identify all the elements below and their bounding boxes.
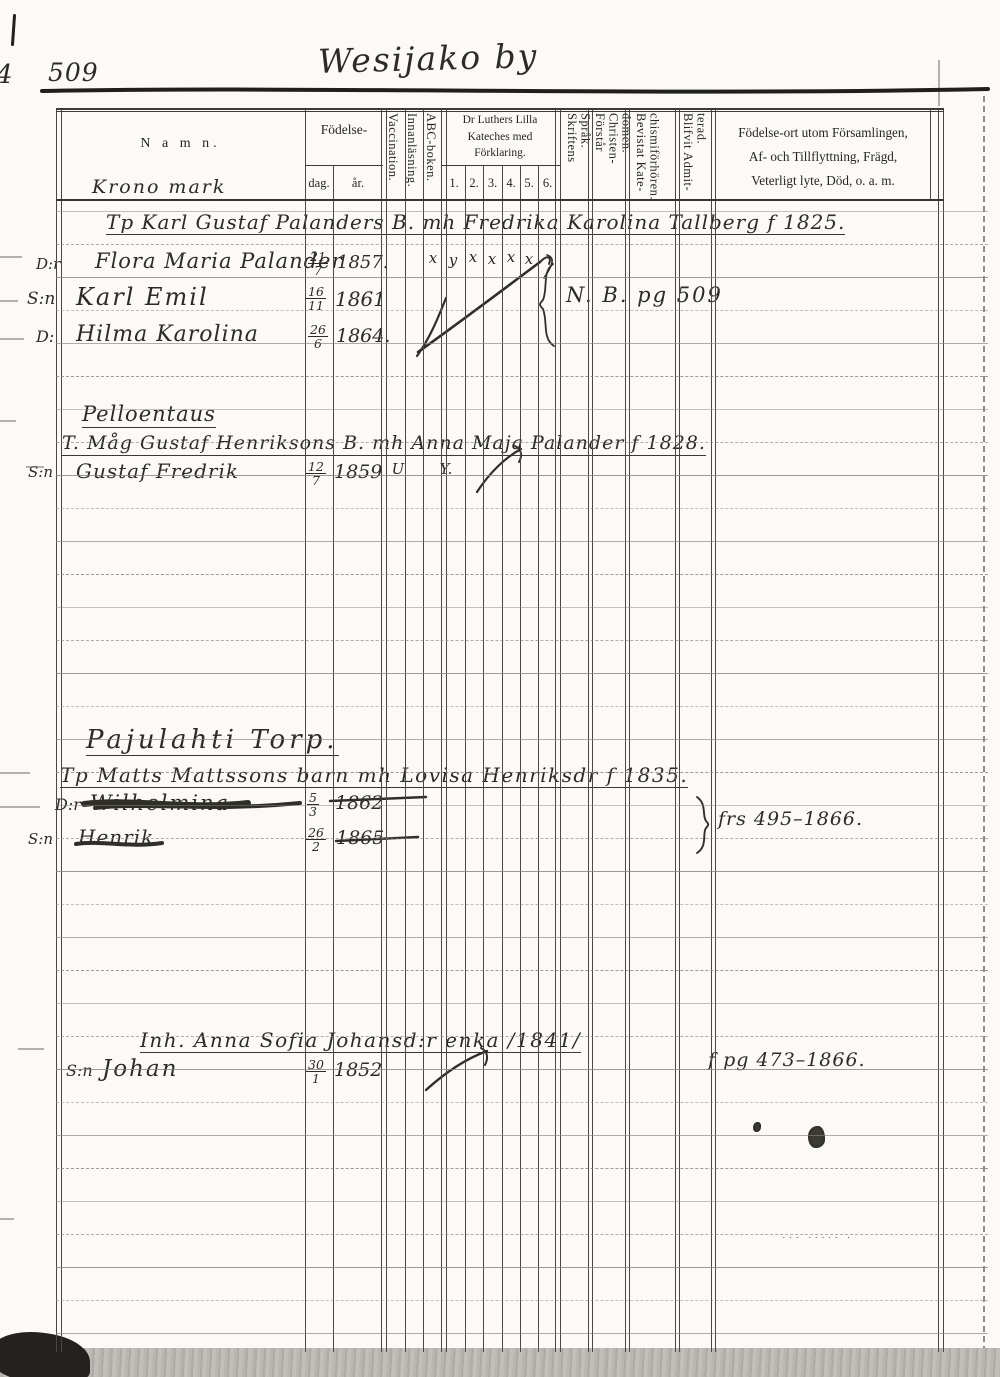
grid-line: [56, 1135, 988, 1136]
grid-line: [711, 108, 712, 1352]
kateches-line1: Dr Luthers Lilla: [443, 112, 557, 129]
col-header-vaccination: Vaccination.: [386, 113, 405, 199]
grid-line: [625, 108, 626, 1352]
page-edge-line: [983, 96, 985, 1352]
edge-mark: [0, 772, 30, 774]
grid-line: [56, 475, 988, 476]
bevistat-line1: Bevistat Kate-: [634, 113, 647, 199]
scanned-parish-register-page: 4 509 Wesijako by N a m n. Krono mark Fö…: [0, 0, 1000, 1377]
kateches-col-5: 5.: [520, 176, 538, 191]
grid-line: [56, 871, 988, 872]
col-header-abc-boken: ABC-boken.: [424, 113, 442, 199]
grid-line: [56, 739, 988, 740]
grid-line: [405, 108, 406, 1352]
page-number: 509: [48, 60, 99, 85]
grid-line: [930, 108, 931, 200]
exam-mark: x: [484, 252, 500, 267]
karl-check-main: [418, 262, 540, 352]
edge-mark: [18, 1048, 44, 1050]
margin-corner-mark: 4: [0, 62, 13, 88]
margin-note-nb: N. B. pg 509: [566, 285, 723, 306]
birth-year: 1861: [335, 289, 386, 309]
edge-mark: [0, 300, 18, 302]
grid-line: [56, 376, 988, 377]
kateches-line2: Kateches med: [443, 129, 557, 146]
grid-line: [56, 673, 988, 674]
grid-line: [938, 108, 939, 1352]
kateches-col-4: 4.: [502, 176, 520, 191]
grid-line: [56, 970, 988, 971]
exam-mark: x: [521, 252, 537, 267]
edge-mark: [0, 1218, 14, 1220]
grid-line: [555, 108, 556, 1352]
remarks-line2: Af- och Tillflyttning, Frägd,: [716, 145, 930, 169]
grid-line: [56, 838, 988, 839]
grid-line: [56, 508, 988, 509]
birth-year: 1852: [334, 1061, 382, 1080]
grid-line: [56, 277, 988, 278]
kateches-line3: Förklaring.: [443, 145, 557, 162]
entry-name-struck: Henrik.: [78, 827, 162, 847]
edge-mark: [0, 256, 22, 258]
col-header-dag: dag.: [305, 176, 333, 191]
ink-stroke-artifact: [11, 14, 16, 46]
col-header-ar: år.: [333, 176, 383, 191]
margin-note-frs: frs 495–1866.: [718, 810, 863, 829]
grid-line: [56, 640, 988, 641]
birth-year-struck: 1862: [335, 794, 383, 813]
grid-line: [56, 1003, 988, 1004]
birth-date: 1611: [306, 285, 326, 312]
birth-date: 217: [308, 250, 328, 277]
grid-line: [56, 108, 57, 1352]
grid-line: [441, 108, 442, 1352]
grid-line: [56, 343, 988, 344]
exam-mark: x: [465, 250, 481, 265]
grid-line: [943, 108, 944, 1352]
edge-mark: [0, 338, 24, 340]
bevistat-line2: chismiförhören.: [647, 113, 660, 199]
grid-line: [305, 165, 383, 166]
exam-mark: y: [445, 253, 461, 268]
ink-blob: [808, 1126, 825, 1148]
grid-line: [56, 1168, 988, 1169]
grid-line: [56, 805, 988, 806]
grid-line: [56, 111, 944, 112]
col-header-blifvit-admitterad: Blifvit Admit- terad.: [681, 113, 711, 199]
grid-line: [56, 244, 988, 245]
grid-line: [423, 108, 424, 1352]
family-header-line: Inh. Anna Sofia Johansd:r enka /1841/: [140, 1030, 581, 1053]
grid-line: [592, 108, 593, 1352]
exam-mark: x: [503, 250, 519, 265]
forstar-line1: Förstår Christen-: [593, 113, 619, 199]
entry-name: Karl Emil: [76, 285, 209, 309]
grid-line: [56, 1201, 988, 1202]
col-header-remarks: Födelse-ort utom Församlingen, Af- och T…: [716, 121, 930, 192]
kateches-col-3: 3.: [483, 176, 502, 191]
birth-date: 266: [308, 323, 328, 350]
grid-line: [56, 1234, 988, 1235]
grid-line: [305, 108, 306, 1352]
grid-line: [588, 108, 589, 1352]
section-heading: Pelloentaus: [82, 404, 216, 428]
grid-line: [56, 409, 988, 410]
entry-name: Gustaf Fredrik: [76, 461, 239, 481]
col-header-skriftens-sprak: Skriftens Språk.: [565, 113, 587, 199]
col-header-namn: N a m n.: [56, 136, 305, 152]
edge-mark: [938, 60, 940, 106]
entry-prefix: S:n: [27, 291, 55, 308]
grid-line: [56, 937, 988, 938]
grid-line: [56, 108, 944, 110]
col-header-forstar-christendomen: Förstår Christen- domen.: [593, 113, 627, 199]
scan-edge-band: [0, 1348, 1000, 1377]
title-rule: [42, 89, 988, 92]
grid-line: [715, 108, 716, 1352]
handwritten-strokes: [0, 0, 1000, 1377]
grid-line: [56, 772, 988, 773]
karl-check-hook: [540, 257, 550, 264]
margin-note-fpg: f pg 473–1866.: [708, 1051, 866, 1070]
grid-line: [386, 108, 387, 1352]
edge-mark: [26, 466, 44, 468]
remarks-line1: Födelse-ort utom Församlingen,: [716, 121, 930, 145]
kateches-col-1: 1.: [444, 176, 464, 191]
grid-line: [381, 108, 382, 1352]
grid-line: [56, 1333, 988, 1334]
grid-line: [56, 1102, 988, 1103]
grid-line: [56, 211, 988, 212]
entry-prefix: S:n: [66, 1063, 93, 1079]
grid-line: [679, 108, 680, 1352]
birth-date: 262: [306, 826, 326, 853]
entry-prefix: S:n: [28, 832, 53, 847]
section-heading: Pajulahti Torp.: [86, 727, 339, 756]
grid-line: [56, 1036, 988, 1037]
grid-line: [56, 442, 988, 443]
grid-line: [56, 1069, 988, 1070]
family-header-line: T. Måg Gustaf Henriksons B. mh Anna Maja…: [62, 434, 706, 456]
grid-line: [56, 607, 988, 608]
col-header-kateches: Dr Luthers Lilla Kateches med Förklaring…: [443, 112, 557, 162]
grid-line: [56, 904, 988, 905]
grid-line: [675, 108, 676, 1352]
remarks-line3: Veterligt lyte, Död, o. a. m.: [716, 169, 930, 193]
col-header-innanlasning: Innanläsning.: [405, 113, 423, 199]
grid-line: [61, 108, 62, 1352]
entry-name-struck: Wilhelmina: [90, 793, 230, 814]
blifvit-line2: terad.: [694, 113, 707, 199]
family-header-line: Tp Karl Gustaf Palanders B. mh Fredrika …: [106, 212, 845, 235]
krono-mark-label: Krono mark: [92, 178, 226, 197]
birth-date: 127: [306, 460, 326, 487]
flora-squiggle-mark: [544, 255, 552, 278]
blifvit-line1: Blifvit Admit-: [681, 113, 694, 199]
grid-line: [56, 1267, 988, 1268]
kateches-col-2: 2.: [464, 176, 484, 191]
family-header-line: Tp Matts Mattssons barn mh Lovisa Henrik…: [60, 765, 688, 788]
birth-year: 1859: [334, 463, 382, 482]
johan-check: [426, 1051, 487, 1090]
entry-prefix: D:: [36, 329, 54, 345]
grid-line: [629, 108, 630, 1352]
grid-line: [441, 165, 560, 166]
grid-line: [56, 310, 988, 311]
grid-line: [56, 574, 988, 575]
edge-mark: [0, 420, 16, 422]
grid-line: [56, 1300, 988, 1301]
exam-mark: x: [425, 251, 441, 266]
page-title: Wesijako by: [318, 39, 539, 78]
grid-line: [56, 706, 988, 707]
ink-blob: [753, 1122, 761, 1132]
col-header-fodelse: Födelse-: [305, 122, 383, 138]
birth-date: 301: [306, 1058, 326, 1085]
scan-corner-blob: [0, 1332, 90, 1377]
col-header-bevistat-katechismforhoren: Bevistat Kate- chismiförhören.: [634, 113, 672, 199]
grid-line: [56, 199, 944, 201]
grid-line: [560, 108, 561, 1352]
edge-mark: [0, 806, 40, 808]
grid-line: [446, 108, 447, 1352]
grid-line: [56, 541, 988, 542]
